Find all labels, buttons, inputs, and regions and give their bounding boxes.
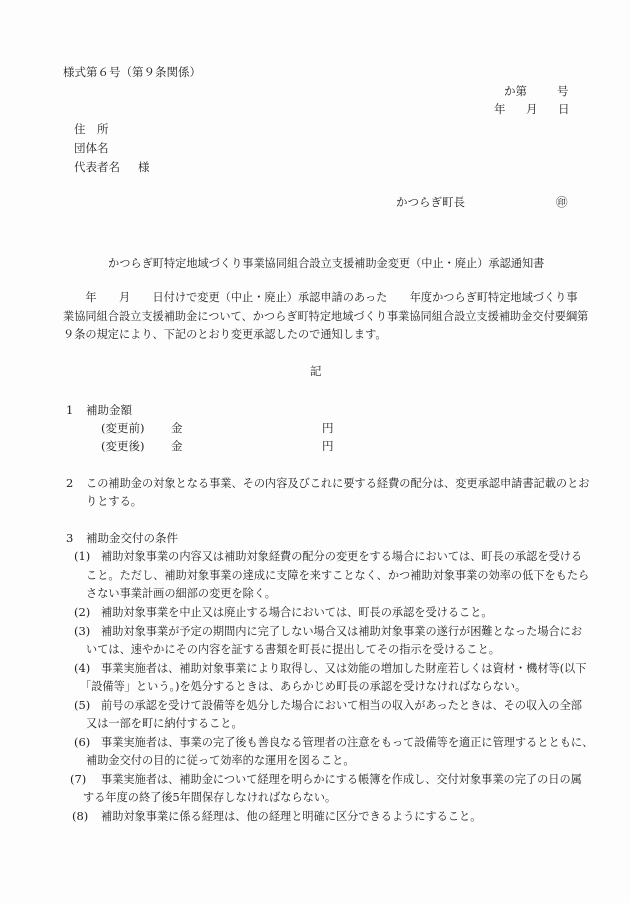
section3-heading: 補助金交付の条件	[86, 533, 178, 545]
section2-line: りとする。	[86, 496, 142, 507]
amount-after-yen: 円	[322, 441, 334, 453]
form-label: 様式第６号（第９条関係）	[63, 67, 201, 79]
condition-number: (8)	[72, 811, 88, 823]
condition-line: 補助対象事業を中止又は廃止する場合においては、町長の承認を受けること。	[101, 607, 493, 618]
body-line: 業協同組合設立支援補助金について、かつらぎ町特定地域づくり事業協同組合設立支援補…	[63, 308, 573, 327]
condition-number: (6)	[74, 737, 90, 749]
body-line: 年 月 日付けで変更（中止・廃止）承認申請のあった 年度かつらぎ町特定地域づくり…	[63, 289, 573, 308]
condition-line: する年度の終了後5年間保存しなければならない。	[83, 792, 336, 803]
amount-after-kin: 金	[171, 441, 183, 453]
amount-before-yen: 円	[322, 423, 334, 435]
section1-number: 1	[66, 405, 73, 417]
honorific: 様	[138, 162, 150, 174]
condition-line: 「設備等」という。)を処分するときは、あらかじめ町長の承認を受けなければならない…	[80, 681, 526, 692]
amount-before-kin: 金	[171, 423, 183, 435]
seal-mark: ㊞	[556, 197, 568, 209]
body-line: ９条の規定により、下記のとおり変更承認したので通知します。	[63, 326, 573, 345]
condition-number: (3)	[74, 626, 90, 638]
section3-number: 3	[66, 533, 73, 545]
document-title: かつらぎ町特定地域づくり事業協同組合設立支援補助金変更（中止・廃止）承認通知書	[108, 258, 544, 269]
condition-line: 補助対象事業が予定の期間内に完了しない場合又は補助対象事業の遂行が困難となった場…	[101, 626, 582, 637]
condition-number: (4)	[74, 663, 90, 675]
rep-label: 代表者名	[74, 162, 120, 174]
date-year: 年	[494, 104, 506, 116]
condition-number: (2)	[74, 607, 90, 619]
condition-line: 事業実施者は、事業の完了後も善良なる管理者の注意をもって設備等を適正に管理すると…	[101, 737, 593, 748]
section2-line: この補助金の対象となる事業、その内容及びこれに要する経費の配分は、変更承認申請書…	[86, 478, 589, 489]
condition-number: (5)	[74, 700, 90, 712]
date-day: 日	[558, 104, 570, 116]
doc-number-prefix: か第	[504, 86, 527, 98]
issuer-name: かつらぎ町長	[396, 197, 465, 209]
body-paragraph: 年 月 日付けで変更（中止・廃止）承認申請のあった 年度かつらぎ町特定地域づくり…	[63, 289, 573, 345]
condition-number: (1)	[74, 551, 90, 563]
address-label: 住 所	[74, 124, 109, 136]
amount-after-label: (変更後)	[101, 441, 144, 453]
condition-line: さない事業計画の細部の変更を除く。	[86, 588, 276, 599]
condition-line: 補助対象事業の内容又は補助対象経費の配分の変更をする場合においては、町長の承認を…	[101, 551, 582, 562]
condition-line: 事業実施者は、補助対象事業により取得し、又は効能の増加した財産若しくは資材・機材…	[101, 663, 586, 674]
ki-heading: 記	[310, 366, 322, 378]
condition-number: (7)	[70, 774, 86, 786]
org-label: 団体名	[74, 143, 109, 155]
condition-line: 補助金交付の目的に従って効率的な運用を図ること。	[86, 755, 355, 766]
date-month: 月	[526, 104, 538, 116]
condition-line: 前号の承認を受けて設備等を処分した場合において相当の収入があったときは、その収入…	[101, 700, 582, 711]
doc-number-suffix: 号	[557, 86, 569, 98]
section2-number: 2	[66, 478, 73, 490]
condition-line: 補助対象事業に係る経理は、他の経理と明確に区分できるようにすること。	[101, 811, 481, 822]
condition-line: こと。ただし、補助対象事業の達成に支障を来すことなく、かつ補助対象事業の効率の低…	[86, 570, 589, 581]
amount-before-label: (変更前)	[101, 423, 144, 435]
condition-line: 事業実施者は、補助金について経理を明らかにする帳簿を作成し、交付対象事業の完了の…	[101, 774, 582, 785]
condition-line: いては、速やかにその内容を証する書類を町長に提出してその指示を受けること。	[86, 644, 500, 655]
condition-line: 又は一部を町に納付すること。	[86, 718, 243, 729]
section1-heading: 補助金額	[86, 405, 132, 417]
